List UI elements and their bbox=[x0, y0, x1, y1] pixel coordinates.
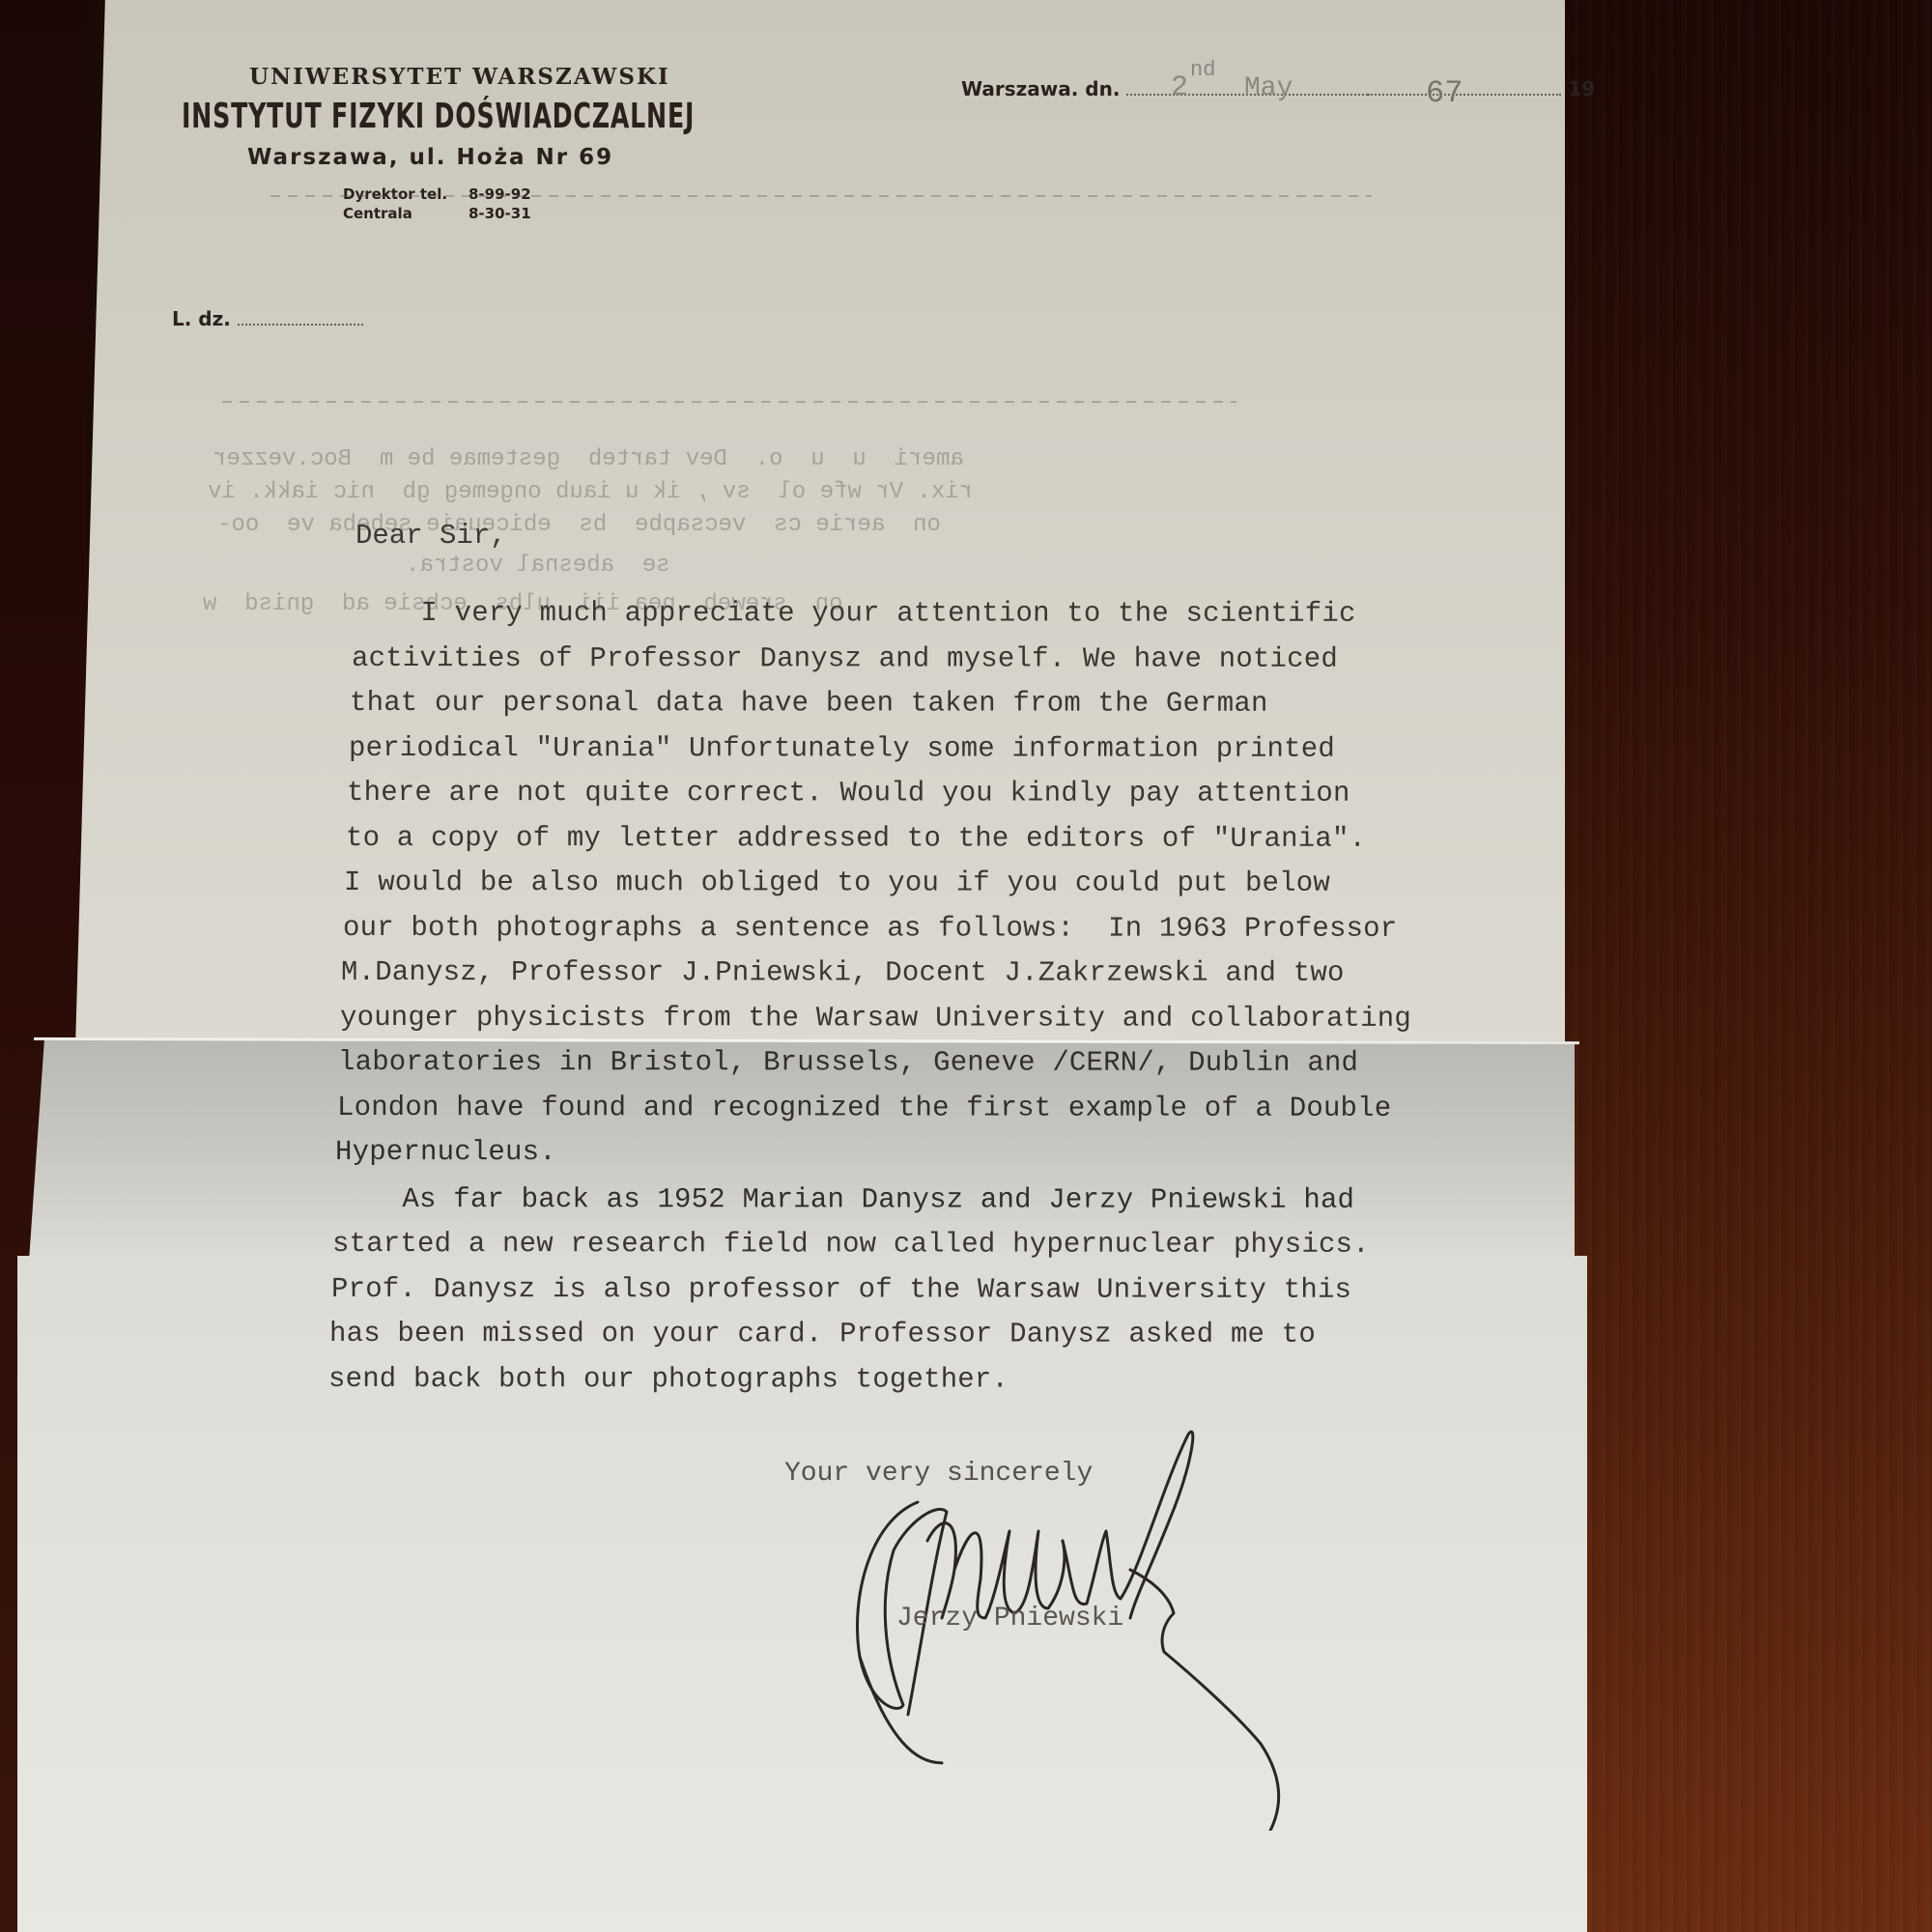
date-day: 2 bbox=[1171, 71, 1188, 104]
year-suffix: 67 bbox=[1426, 75, 1463, 111]
letter-line: to a copy of my letter addressed to the … bbox=[345, 822, 1365, 855]
phone-label: Centrala bbox=[343, 204, 469, 223]
letter-line: Prof. Danysz is also professor of the Wa… bbox=[330, 1273, 1350, 1306]
letter-line: activities of Professor Danysz and mysel… bbox=[351, 642, 1337, 675]
phone-label: Dyrektor tel. bbox=[343, 185, 469, 204]
letter-line: laboratories in Bristol, Brussels, Genev… bbox=[338, 1046, 1358, 1079]
date-dotted-field-2 bbox=[1368, 94, 1561, 96]
reference-dotted-field bbox=[238, 324, 363, 326]
date-label: Warszawa. dn. bbox=[961, 77, 1120, 100]
salutation: Dear Sir, bbox=[355, 520, 507, 552]
letter-line: periodical "Urania" Unfortunately some i… bbox=[348, 732, 1334, 765]
letter-line: London have found and recognized the fir… bbox=[336, 1092, 1390, 1124]
letter-line: M.Danysz, Professor J.Pniewski, Docent J… bbox=[341, 956, 1345, 989]
letterhead-phones: Dyrektor tel. 8-99-92 Centrala 8-30-31 bbox=[343, 185, 531, 223]
show-through-text: on aerie cs vecsapbe bs ebiceuaie sebeba… bbox=[217, 512, 982, 538]
reference-number-line: L. dz. bbox=[172, 307, 363, 330]
phone-number: 8-30-31 bbox=[469, 204, 531, 223]
letter-line: started a new research field now called … bbox=[332, 1228, 1370, 1261]
reference-label: L. dz. bbox=[172, 307, 231, 330]
desk-surface-right bbox=[1565, 0, 1932, 1932]
letter-line: Hypernucleus. bbox=[335, 1136, 556, 1168]
letterhead-institute: INSTYTUT FIZYKI DOŚWIADCZALNEJ bbox=[182, 97, 695, 136]
faint-rule bbox=[270, 195, 1372, 197]
letter-sheet-lower bbox=[17, 1256, 1587, 1932]
show-through-text: rix. Vr wfe ol sv , ik u iaub ongemeg gb… bbox=[208, 479, 987, 505]
letterhead-university: UNIWERSYTET WARSZAWSKI bbox=[249, 64, 670, 90]
letter-line: send back both our photographs together. bbox=[327, 1363, 1008, 1396]
letter-line: younger physicists from the Warsaw Unive… bbox=[339, 1002, 1410, 1035]
letter-line: there are not quite correct. Would you k… bbox=[347, 777, 1350, 810]
letter-line: I would be also much obliged to you if y… bbox=[344, 867, 1330, 899]
letter-line: has been missed on your card. Professor … bbox=[329, 1318, 1316, 1350]
date-day-suffix: nd bbox=[1190, 58, 1215, 82]
letterhead-address: Warszawa, ul. Hoża Nr 69 bbox=[247, 145, 613, 170]
phone-row-central: Centrala 8-30-31 bbox=[343, 204, 531, 223]
signatory-name: Jerzy Pniewski bbox=[896, 1604, 1123, 1634]
show-through-text: se abesnal vostra. bbox=[406, 553, 767, 579]
faint-rule bbox=[222, 401, 1236, 403]
letter-line: our both photographs a sentence as follo… bbox=[342, 912, 1396, 945]
year-prefix: 19 bbox=[1568, 77, 1595, 100]
letter-line: I very much appreciate your attention to… bbox=[353, 597, 1356, 630]
date-month: May bbox=[1244, 73, 1293, 103]
letter-line: As far back as 1952 Marian Danysz and Je… bbox=[333, 1183, 1353, 1216]
show-through-text: ameri u u o. Dev tarteb gestemae be m Bo… bbox=[213, 446, 964, 472]
phone-number: 8-99-92 bbox=[469, 185, 531, 204]
letter-line: that our personal data have been taken f… bbox=[350, 687, 1268, 720]
phone-row-director: Dyrektor tel. 8-99-92 bbox=[343, 185, 531, 204]
